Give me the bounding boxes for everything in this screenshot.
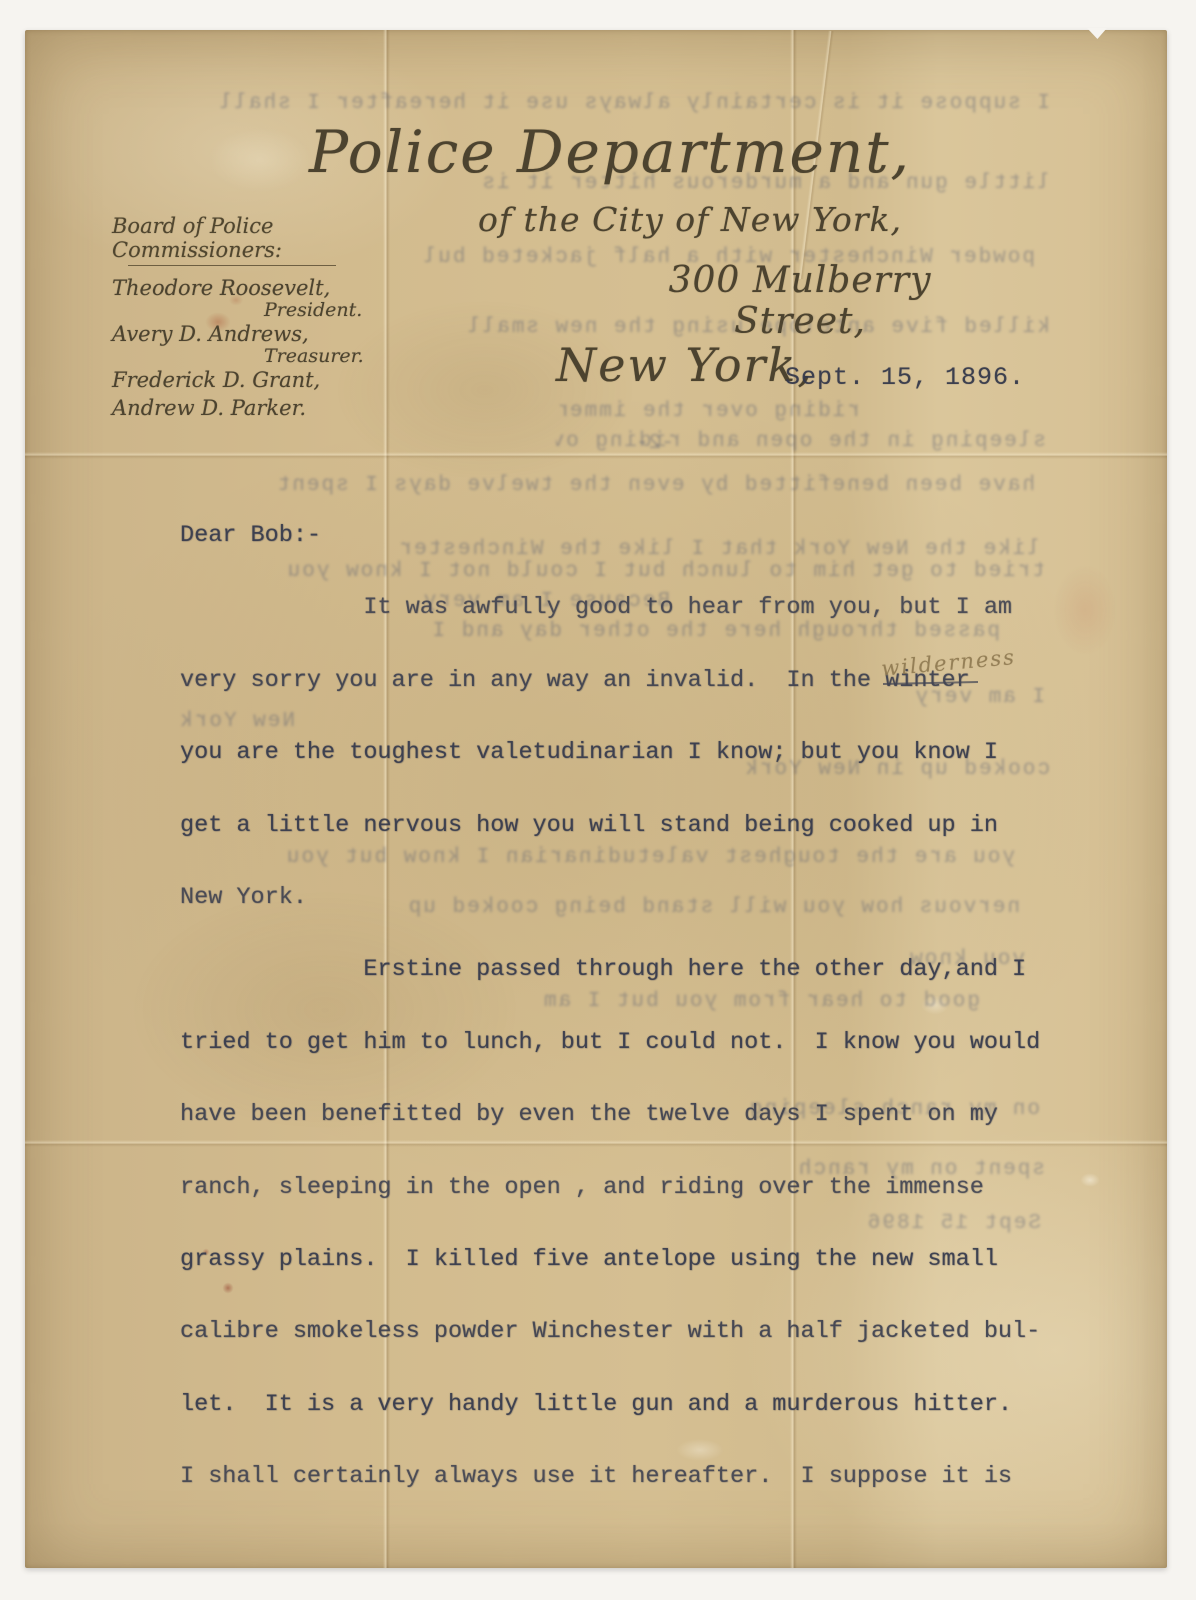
handwritten-annotation: wilderness (880, 637, 1082, 682)
scanned-letter: -2- I suppose it is certainly always use… (0, 0, 1196, 1600)
board-label: Board of Police Commissioners: (112, 214, 422, 262)
typed-line: Erstine passed through here the other da… (180, 956, 1026, 984)
bleed-through-line: have been benefitted by even the twelve … (165, 474, 1035, 500)
commissioners-block: Board of Police Commissioners: Theodore … (112, 214, 422, 424)
bleed-through-line: riding over the immense (560, 400, 860, 426)
typed-line: you are the toughest valetudinarian I kn… (180, 739, 998, 767)
commissioner-name: Avery D. Andrews, (112, 322, 422, 347)
bleed-through-line: sleeping in the open and riding over (556, 430, 1046, 456)
paper-tear-notch (1087, 28, 1107, 39)
commissioner-title: Treasurer. (264, 347, 422, 365)
typed-line: calibre smokeless powder Winchester with… (180, 1318, 1040, 1346)
letter-page: -2- I suppose it is certainly always use… (25, 30, 1167, 1568)
fold-line-horizontal-upper (25, 452, 1167, 459)
letterhead-address: 300 Mulberry Street, (600, 260, 1000, 342)
commissioner-title: President. (264, 301, 422, 319)
typed-line: grassy plains. I killed five antelope us… (180, 1246, 998, 1274)
commissioner-entry: Theodore Roosevelt,President. (112, 276, 422, 319)
typed-line: New York. (180, 884, 307, 912)
letterhead-subtitle: of the City of New York, (430, 200, 950, 239)
commissioner-name: Frederick D. Grant, (112, 368, 422, 393)
bleed-through-line: I suppose it is certainly always use it … (200, 92, 1050, 118)
bleed-through-page-number: -2- (636, 432, 674, 455)
typed-line: I shall certainly always use it hereafte… (180, 1463, 1012, 1491)
commissioners-list: Theodore Roosevelt,President.Avery D. An… (112, 276, 422, 421)
typed-line: let. It is a very handy little gun and a… (180, 1391, 1012, 1419)
typed-text: very sorry you are in any way an invalid… (180, 667, 885, 694)
typed-line: ranch, sleeping in the open , and riding… (180, 1174, 984, 1202)
letter-date: Sept. 15, 1896. (785, 363, 1025, 392)
commissioner-name: Theodore Roosevelt, (112, 276, 422, 301)
typed-line: get a little nervous how you will stand … (180, 812, 998, 840)
typed-line: very sorry you are in any way an invalid… (180, 667, 970, 695)
letter-body: Dear Bob:- It was awfully good to hear f… (180, 522, 1140, 1542)
commissioner-name: Andrew D. Parker. (112, 396, 422, 421)
typed-line: have been benefitted by even the twelve … (180, 1101, 998, 1129)
board-underline (128, 265, 336, 266)
typed-line: tried to get him to lunch, but I could n… (180, 1029, 1040, 1057)
commissioner-entry: Avery D. Andrews,Treasurer. (112, 322, 422, 365)
commissioner-entry: Andrew D. Parker. (112, 396, 422, 421)
struck-word: winterwilderness (885, 667, 970, 695)
typed-line: It was awfully good to hear from you, bu… (180, 594, 1012, 622)
typed-line: Dear Bob:- (180, 522, 321, 550)
commissioner-entry: Frederick D. Grant, (112, 368, 422, 393)
letterhead-title: Police Department, (290, 118, 930, 186)
